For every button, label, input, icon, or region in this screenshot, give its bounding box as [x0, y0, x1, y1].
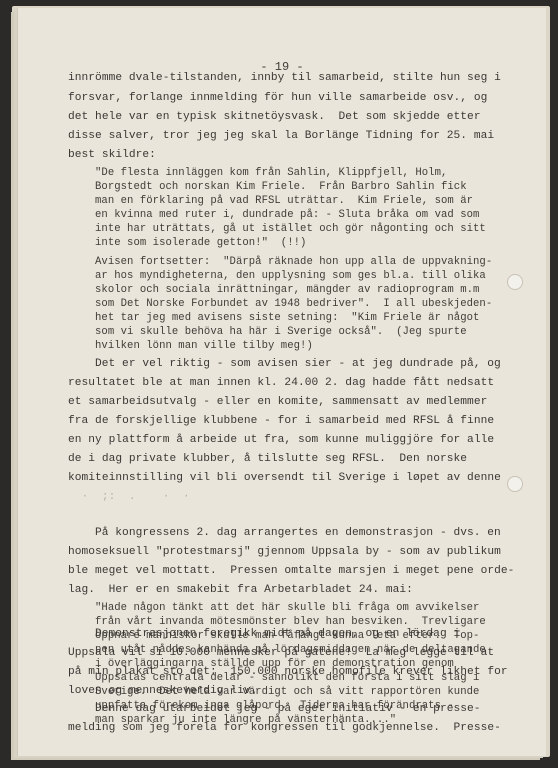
text-line: Demonstrasjonen foregikk midt på dagen, … [95, 628, 460, 640]
text-line: Det er vel riktig - som avisen sier - at… [95, 358, 501, 370]
text-line: lag. Her er en smakebit fra Arbetarblade… [68, 584, 413, 596]
text-line: Avisen fortsetter: "Därpå räknade hon up… [95, 256, 492, 268]
text-line: ble meget vel mottatt. Pressen omtalte m… [68, 565, 514, 577]
text-line: som vi skulle behöva ha här i Sverige oc… [95, 326, 467, 338]
text-line: komiteinnstilling vil bli oversendt til … [68, 472, 501, 484]
text-line: resultatet ble at man innen kl. 24.00 2.… [68, 377, 494, 389]
text-line: ar hos myndigheterna, den upplysning som… [95, 270, 486, 282]
text-line: de i dag private klubber, å tilslutte se… [68, 453, 467, 465]
text-line: skolor och sociala inrättningar, mängder… [95, 284, 479, 296]
text-line: forsvar, forlange innmelding för hun vil… [68, 92, 487, 104]
text-line: På kongressens 2. dag arrangertes en dem… [95, 527, 501, 539]
text-line: Denne dag utarbeidet jeg - på eget initi… [95, 703, 481, 715]
text-line: inte som isolerade getton!" (!!) [95, 237, 306, 249]
text-line: Uppsala vil si 10.000 mennesker på gaten… [68, 647, 494, 659]
text-line: en ny plattform å arbeide ut fra, som ku… [68, 434, 494, 446]
punch-hole [507, 274, 523, 290]
text-line: "Hade någon tänkt att det här skulle bli… [95, 602, 479, 614]
text-line: hvilken lönn man ville tilby meg!) [95, 340, 313, 352]
text-line: innrömme dvale-tilstanden, innby til sam… [68, 72, 501, 84]
text-line: "De flesta innläggen kom från Sahlin, Kl… [95, 167, 447, 179]
text-line: inte har uträttats, gå ut istället och g… [95, 223, 486, 235]
text-line: best skildre: [68, 149, 156, 161]
text-line: fra de forskjellige klubbene - for i sam… [68, 415, 494, 427]
text-line: på min plakat sto det: 150.000 norske ho… [68, 666, 508, 678]
text-line: från vårt invanda mötesmönster blev han … [95, 616, 486, 628]
text-line: det hele var en typisk skitnetöysvask. D… [68, 111, 481, 123]
text-line: disse salver, tror jeg jeg skal la Borlä… [68, 130, 494, 142]
text-line: het tar jeg med avisens siste setning: "… [95, 312, 479, 324]
text-line: loven og menneskeverdig liv. [68, 685, 257, 697]
text-line: · ;: . · · [68, 491, 190, 503]
text-line: som Det Norske Forbundet av 1948 bedrive… [95, 298, 492, 310]
document-page: - 19 - innrömme dvale-tilstanden, innby … [17, 8, 546, 756]
text-line: en kvinna med ruter i, dundrade på: - Sl… [95, 209, 479, 221]
text-line: homoseksuell "protestmarsj" gjennom Upps… [68, 546, 501, 558]
text-line: man en förklaring på vad RFSL uträttar. … [95, 195, 473, 207]
punch-hole [507, 476, 523, 492]
text-line: Borgstedt och norskan Kim Friele. Från B… [95, 181, 467, 193]
text-line: et samarbeidsutvalg - eller en komite, s… [68, 396, 487, 408]
text-line: melding som jeg forela for kongressen ti… [68, 722, 501, 734]
